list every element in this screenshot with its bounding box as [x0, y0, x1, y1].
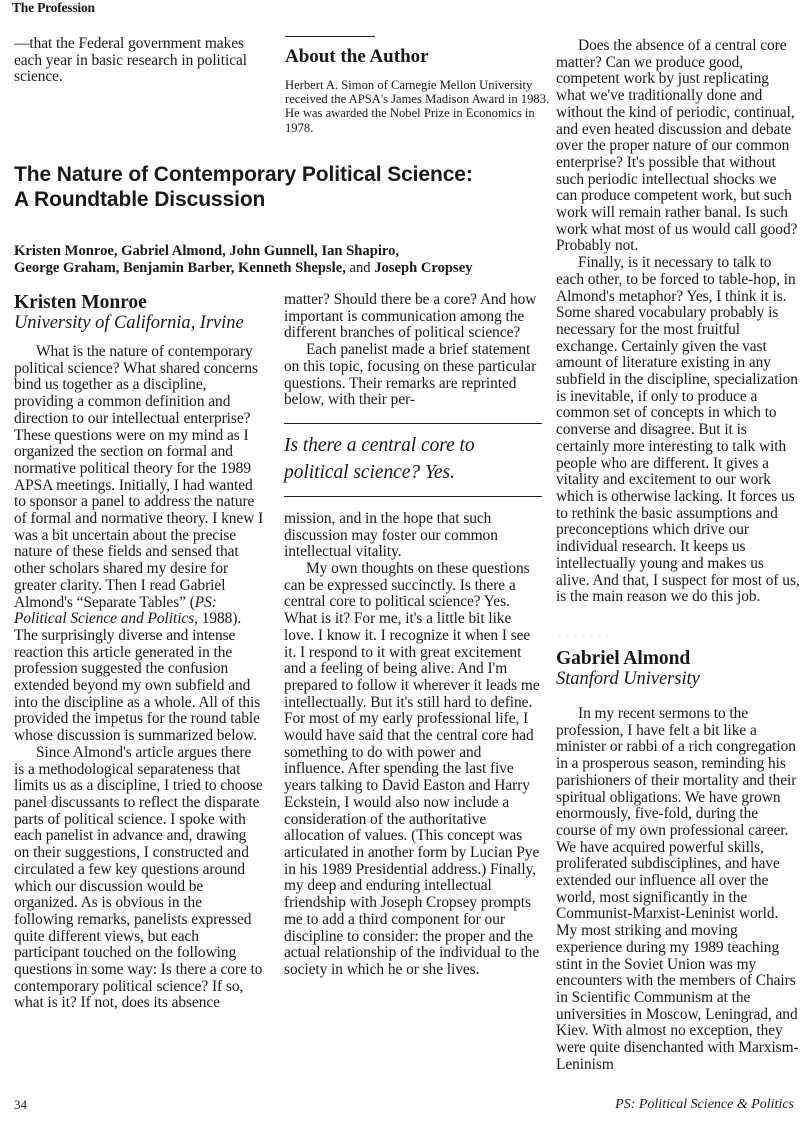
paragraph: What is the nature of contemporary polit… [14, 344, 264, 745]
column-1: Kristen Monroe University of California,… [14, 292, 264, 1012]
paragraph: Each panelist made a brief statement on … [284, 342, 542, 409]
ornament-divider: · · · · · · · [558, 633, 611, 641]
column-2: matter? Should there be a core? And how … [284, 292, 542, 979]
article-title-line-2: A Roundtable Discussion [14, 187, 554, 212]
page-number: 34 [14, 1097, 27, 1113]
column-3: Does the absence of a central core matte… [556, 38, 800, 606]
paragraph-text: What is the nature of contemporary polit… [14, 343, 263, 611]
about-author-heading: About the Author [285, 46, 429, 68]
section-author-affiliation: University of California, Irvine [14, 313, 264, 334]
paragraph: matter? Should there be a core? And how … [284, 292, 542, 342]
about-author-body: Herbert A. Simon of Carnegie Mellon Univ… [285, 78, 550, 135]
article-authors: Kristen Monroe, Gabriel Almond, John Gun… [14, 243, 554, 277]
running-head: The Profession [12, 0, 95, 16]
previous-article-fragment: —that the Federal government makes each … [14, 36, 264, 86]
section-author-name: Gabriel Almond [556, 648, 800, 669]
paragraph-text: 1988). The surprisingly diverse and inte… [14, 610, 260, 744]
about-author-rule [285, 36, 375, 37]
paragraph: Does the absence of a central core matte… [556, 38, 800, 255]
section-author-affiliation: Stanford University [556, 669, 800, 690]
authors-names: George Graham, Benjamin Barber, Kenneth … [14, 260, 346, 276]
pullquote: Is there a central core to political sci… [284, 424, 542, 496]
article-title: The Nature of Contemporary Political Sci… [14, 162, 554, 212]
authors-line-2: George Graham, Benjamin Barber, Kenneth … [14, 260, 554, 277]
section-author-name: Kristen Monroe [14, 292, 264, 313]
paragraph: In my recent sermons to the profession, … [556, 706, 800, 1073]
paragraph: Since Almond's article argues there is a… [14, 745, 264, 1012]
authors-line-1: Kristen Monroe, Gabriel Almond, John Gun… [14, 243, 554, 260]
paragraph: My own thoughts on these questions can b… [284, 561, 542, 979]
authors-conjunction: and [346, 260, 374, 276]
paragraph: mission, and in the hope that such discu… [284, 511, 542, 561]
journal-name: PS: Political Science & Politics [615, 1097, 794, 1113]
paragraph: —that the Federal government makes each … [14, 36, 264, 86]
authors-last-name: Joseph Cropsey [374, 260, 472, 276]
paragraph: Finally, is it necessary to talk to each… [556, 255, 800, 606]
article-title-line-1: The Nature of Contemporary Political Sci… [14, 162, 554, 187]
column-3-almond: Gabriel Almond Stanford University In my… [556, 648, 800, 1073]
